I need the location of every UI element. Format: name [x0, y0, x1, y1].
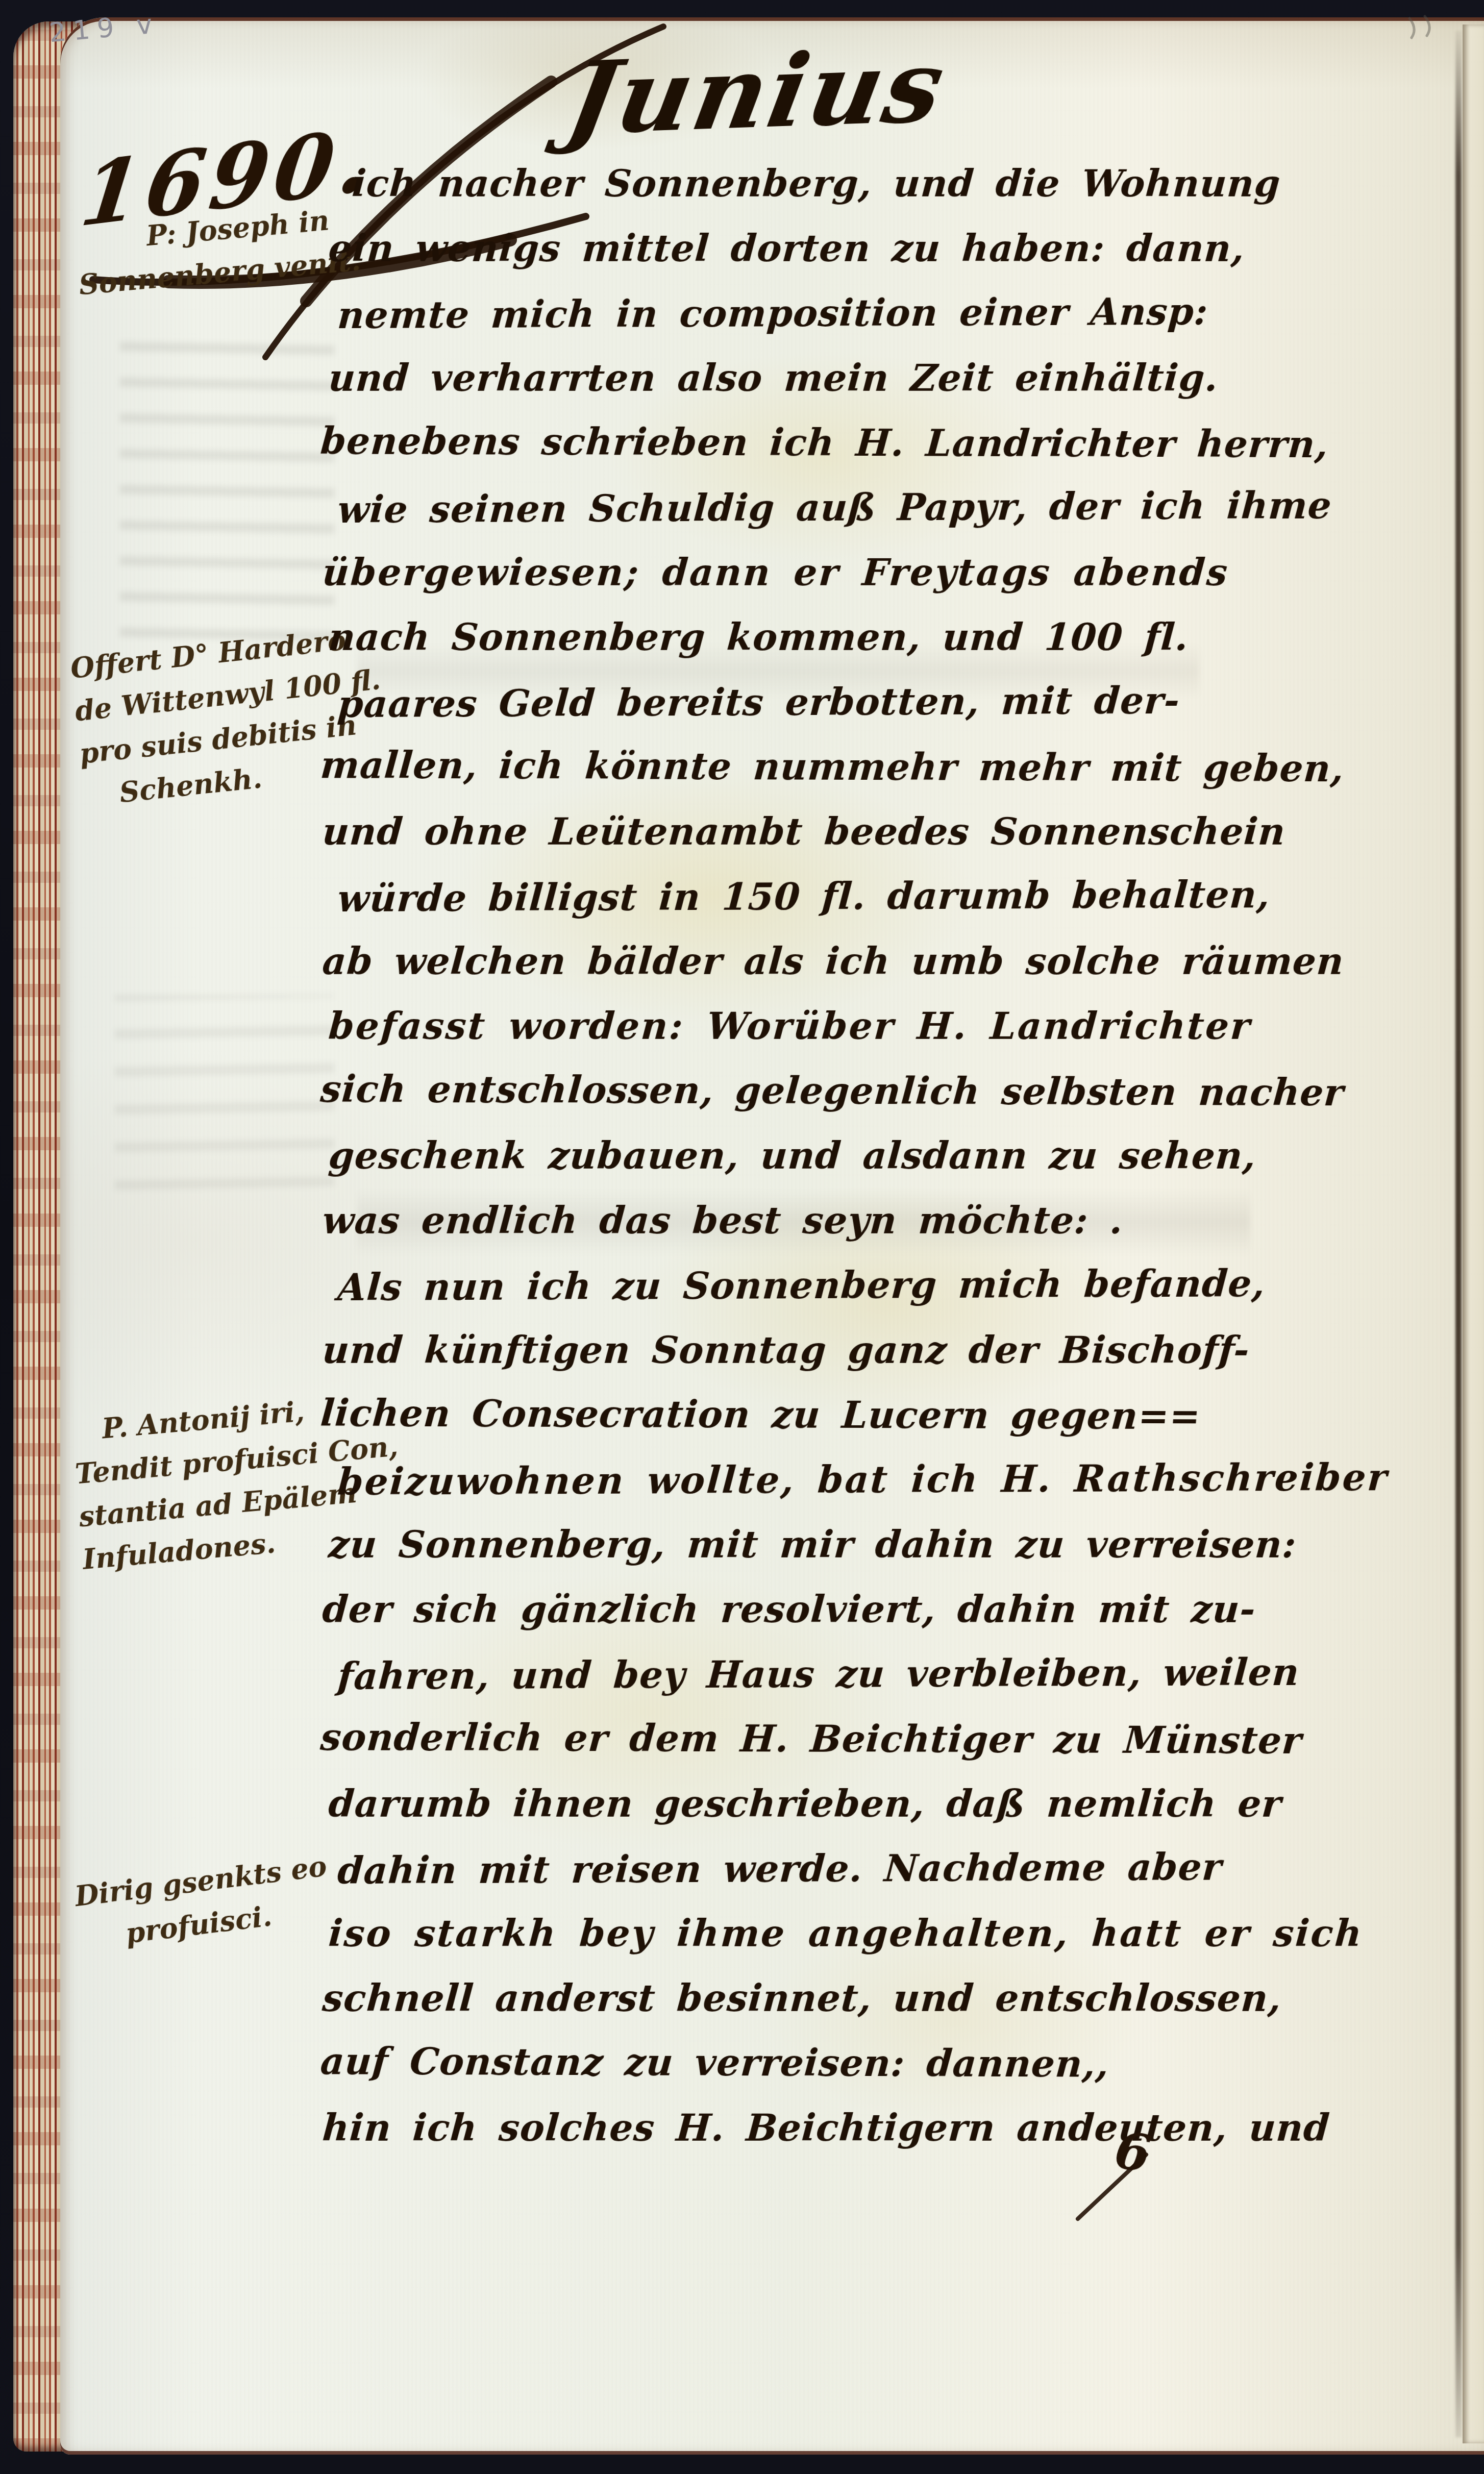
body-line: nach Sonnenberg kommen, und 100 fl.	[327, 605, 1346, 670]
body-line: hin ich solches H. Beichtigern andeuten,…	[320, 2095, 1346, 2160]
body-line: auf Constanz zu verreisen: dannen,,	[318, 2029, 1346, 2097]
body-line: Als nun ich zu Sonnenberg mich befande,	[336, 1251, 1346, 1320]
body-line: benebens schrieben ich H. Landrichter he…	[318, 409, 1346, 477]
gutter-crease	[1455, 31, 1462, 2437]
body-line: übergewiesen; dann er Freytags abends	[320, 540, 1346, 605]
body-line: wie seinen Schuldig auß Papyr, der ich i…	[336, 473, 1346, 542]
body-line: und künftigen Sonntag ganz der Bischoff-	[320, 1318, 1346, 1382]
body-line: lichen Consecration zu Lucern gegen==	[318, 1381, 1346, 1449]
body-text: ich nacher Sonnenberg, und die Wohnungei…	[323, 151, 1343, 2160]
page-title: Junius	[559, 27, 954, 157]
body-line: paares Geld bereits erbotten, mit der-	[336, 667, 1346, 737]
body-line: was endlich das best seyn möchte: .	[320, 1188, 1346, 1253]
body-line: ein wenigs mittel dorten zu haben: dann,	[327, 216, 1346, 281]
body-line: zu Sonnenberg, mit mir dahin zu verreise…	[327, 1512, 1346, 1577]
body-line: iso starkh bey ihme angehalten, hatt er …	[327, 1901, 1346, 1966]
body-line: ab welchen bälder als ich umb solche räu…	[320, 929, 1346, 994]
body-line: beizuwohnen wollte, bat ich H. Rathschre…	[336, 1445, 1346, 1515]
body-line: schnell anderst besinnet, und entschloss…	[320, 1966, 1346, 2031]
body-line: und ohne Leütenambt beedes Sonnenschein	[320, 799, 1346, 864]
body-line: würde billigst in 150 fl. darumb behalte…	[336, 862, 1346, 931]
body-line: nemte mich in composition einer Ansp:	[336, 279, 1346, 348]
body-line: befasst worden: Worüber H. Landrichter	[327, 994, 1346, 1058]
bleed-through-smudge	[115, 995, 334, 1215]
body-line: ich nacher Sonnenberg, und die Wohnung	[350, 151, 1346, 216]
body-line: der sich gänzlich resolviert, dahin mit …	[320, 1577, 1346, 1642]
manuscript-scan: 219 v 1690. Junius P: Joseph inSonnenber…	[0, 0, 1484, 2474]
bleed-through-smudge	[120, 327, 334, 663]
adjacent-page-edge	[1463, 24, 1484, 2443]
body-line: sonderlich er dem H. Beichtiger zu Münst…	[318, 1705, 1346, 1773]
body-line: und verharrten also mein Zeit einhältig.	[327, 345, 1346, 410]
body-line: mallen, ich könnte nummehr mehr mit gebe…	[318, 733, 1346, 801]
body-line: sich entschlossen, gelegenlich selbsten …	[318, 1057, 1346, 1125]
body-line: geschenk zubauen, und alsdann zu sehen,	[327, 1123, 1346, 1188]
body-line: dahin mit reisen werde. Nachdeme aber	[336, 1834, 1346, 1903]
body-line: darumb ihnen geschrieben, daß nemlich er	[327, 1771, 1346, 1836]
body-line: fahren, und bey Haus zu verbleiben, weil…	[336, 1640, 1346, 1709]
